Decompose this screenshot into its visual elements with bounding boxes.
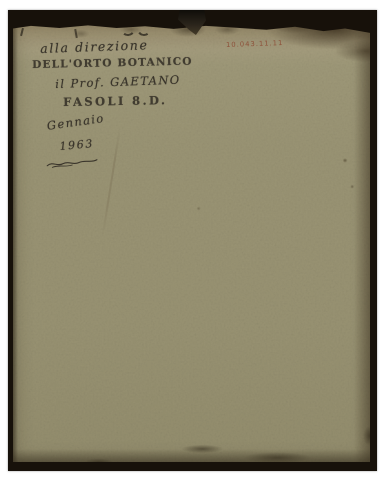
inscription-line-3: il Prof. GAETANO	[55, 73, 181, 91]
flourish-underline	[45, 154, 100, 170]
inscription-year: 1963	[59, 137, 94, 153]
catalog-number-stamp: 10.043.11.11	[226, 39, 284, 49]
pencil-mark	[120, 22, 135, 36]
document-cover: alla direzione DELL'ORTO BOTANICO il Pro…	[13, 25, 370, 462]
photograph-frame: alla direzione DELL'ORTO BOTANICO il Pro…	[8, 10, 377, 471]
inscription-line-4: FASOLI 8.D.	[63, 93, 167, 109]
pencil-mark	[136, 21, 152, 37]
inscription-line-2: DELL'ORTO BOTANICO	[32, 56, 193, 71]
inscription-line-1: alla direzione	[40, 37, 149, 56]
scanned-page: alla direzione DELL'ORTO BOTANICO il Pro…	[0, 0, 384, 480]
pencil-mark	[74, 29, 78, 38]
inscription-month: Gennaio	[46, 111, 105, 133]
scratch-line	[101, 127, 120, 238]
pencil-mark	[20, 28, 24, 36]
